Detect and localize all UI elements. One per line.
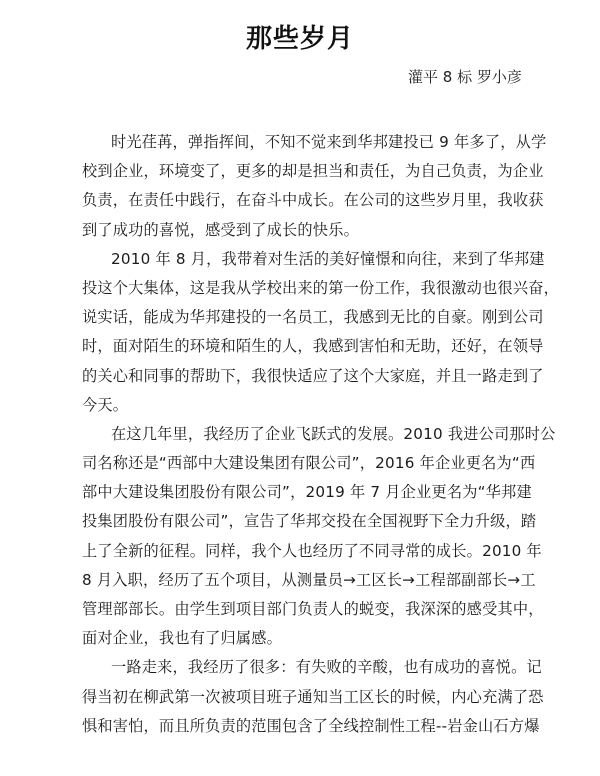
text-line: 惧和害怕，而且所负责的范围包含了全线控制性工程--岩金山石方爆	[82, 712, 528, 741]
paragraph: 一路走来，我经历了很多：有失败的辛酸，也有成功的喜悦。记 得当初在柳武第一次被项…	[82, 653, 528, 741]
text-line: 部中大建设集团股份有限公司”，2019 年 7 月企业更名为“华邦建	[82, 478, 528, 507]
text-line: 上了全新的征程。同样，我个人也经历了不同寻常的成长。2010 年	[82, 537, 528, 566]
text-line: 时，面对陌生的环境和陌生的人，我感到害怕和无助，还好，在领导	[82, 332, 528, 361]
text-line: 司名称还是“西部中大建设集团有限公司”，2016 年企业更名为“西	[82, 449, 528, 478]
text-line: 投这个大集体，这是我从学校出来的第一份工作，我很激动也很兴奋，	[82, 274, 528, 303]
text-line: 时光荏苒，弹指挥间，不知不觉来到华邦建投已 9 年多了，从学	[82, 128, 528, 157]
text-line: 2010 年 8 月，我带着对生活的美好憧憬和向往，来到了华邦建	[82, 245, 528, 274]
text-line: 8 月入职，经历了五个项目，从测量员→工区长→工程部副部长→工	[82, 566, 528, 595]
text-line: 负责，在责任中践行，在奋斗中成长。在公司的这些岁月里，我收获	[82, 186, 528, 215]
text-line: 在这几年里，我经历了企业飞跃式的发展。2010 我进公司那时公	[82, 420, 528, 449]
text-line: 面对企业，我也有了归属感。	[82, 624, 528, 653]
text-line: 管理部部长。由学生到项目部门负责人的蜕变，我深深的感受其中，	[82, 595, 528, 624]
text-line: 说实话，能成为华邦建投的一名员工，我感到无比的自豪。刚到公司	[82, 303, 528, 332]
paragraph: 时光荏苒，弹指挥间，不知不觉来到华邦建投已 9 年多了，从学 校到企业，环境变了…	[82, 128, 528, 245]
text-line: 到了成功的喜悦，感受到了成长的快乐。	[82, 216, 528, 245]
paragraph: 2010 年 8 月，我带着对生活的美好憧憬和向往，来到了华邦建 投这个大集体，…	[82, 245, 528, 420]
document-body: 时光荏苒，弹指挥间，不知不觉来到华邦建投已 9 年多了，从学 校到企业，环境变了…	[82, 128, 528, 741]
text-line: 得当初在柳武第一次被项目班子通知当工区长的时候，内心充满了恐	[82, 683, 528, 712]
author-byline: 灌平 8 标 罗小彦	[408, 66, 522, 87]
text-line: 今天。	[82, 391, 528, 420]
text-line: 投集团股份有限公司”，宣告了华邦交投在全国视野下全力升级，踏	[82, 507, 528, 536]
text-line: 一路走来，我经历了很多：有失败的辛酸，也有成功的喜悦。记	[82, 653, 528, 682]
text-line: 校到企业，环境变了，更多的却是担当和责任，为自己负责，为企业	[82, 157, 528, 186]
paragraph: 在这几年里，我经历了企业飞跃式的发展。2010 我进公司那时公 司名称还是“西部…	[82, 420, 528, 654]
text-line: 的关心和同事的帮助下，我很快适应了这个大家庭，并且一路走到了	[82, 362, 528, 391]
document-title: 那些岁月	[0, 18, 600, 55]
